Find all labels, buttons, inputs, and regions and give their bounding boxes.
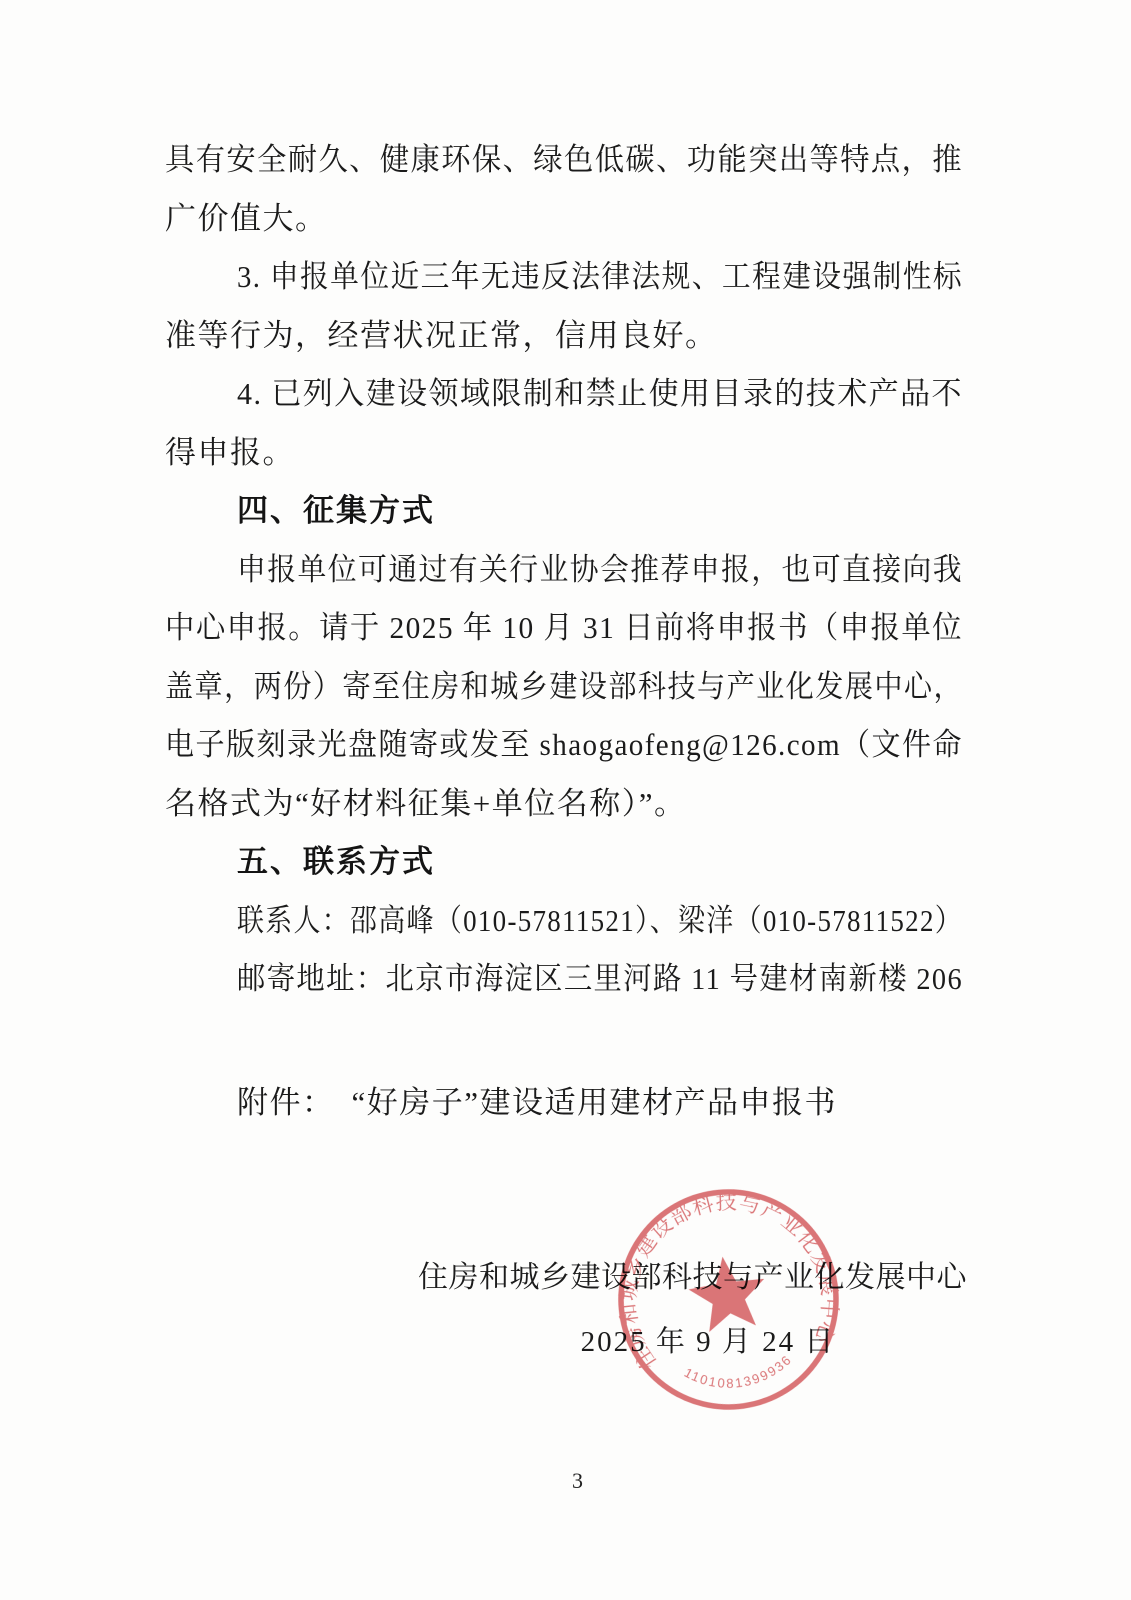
doc-line: 盖章，两份）寄至住房和城乡建设部科技与产业化发展中心，	[165, 658, 963, 717]
signature-org: 住房和城乡建设部科技与产业化发展中心	[418, 1249, 967, 1308]
doc-line: 中心申报。请于 2025 年 10 月 31 日前将申报书（申报单位	[165, 599, 963, 658]
doc-line-item-4: 4. 已列入建设领域限制和禁止使用目录的技术产品不	[165, 365, 963, 424]
doc-line-contact-persons: 联系人：邵高峰（010-57811521）、梁洋（010-57811522）	[165, 892, 963, 951]
doc-line: 广价值大。	[165, 190, 963, 249]
doc-line: 申报单位可通过有关行业协会推荐申报，也可直接向我	[165, 541, 963, 600]
doc-line: 准等行为，经营状况正常，信用良好。	[165, 307, 963, 366]
page-number: 3	[0, 1468, 1131, 1494]
vertical-gap	[165, 1009, 963, 1074]
doc-line: 具有安全耐久、健康环保、绿色低碳、功能突出等特点，推	[165, 131, 963, 190]
doc-line-item-3: 3. 申报单位近三年无违反法律法规、工程建设强制性标	[165, 248, 963, 307]
section-heading-contact-method: 五、联系方式	[165, 833, 963, 892]
document-body: 具有安全耐久、健康环保、绿色低碳、功能突出等特点，推 广价值大。 3. 申报单位…	[165, 131, 963, 1132]
doc-line: 名格式为“好材料征集+单位名称）”。	[165, 775, 963, 834]
doc-line: 得申报。	[165, 424, 963, 483]
doc-line-mailing-address: 邮寄地址：北京市海淀区三里河路 11 号建材南新楼 206	[165, 950, 963, 1009]
attachment-line: 附件： “好房子”建设适用建材产品申报书	[165, 1074, 963, 1133]
signature-date: 2025 年 9 月 24 日	[458, 1313, 958, 1372]
section-heading-collection-method: 四、征集方式	[165, 482, 963, 541]
doc-line-email: 电子版刻录光盘随寄或发至 shaogaofeng@126.com（文件命	[165, 716, 963, 775]
document-page: 具有安全耐久、健康环保、绿色低碳、功能突出等特点，推 广价值大。 3. 申报单位…	[0, 0, 1131, 1600]
